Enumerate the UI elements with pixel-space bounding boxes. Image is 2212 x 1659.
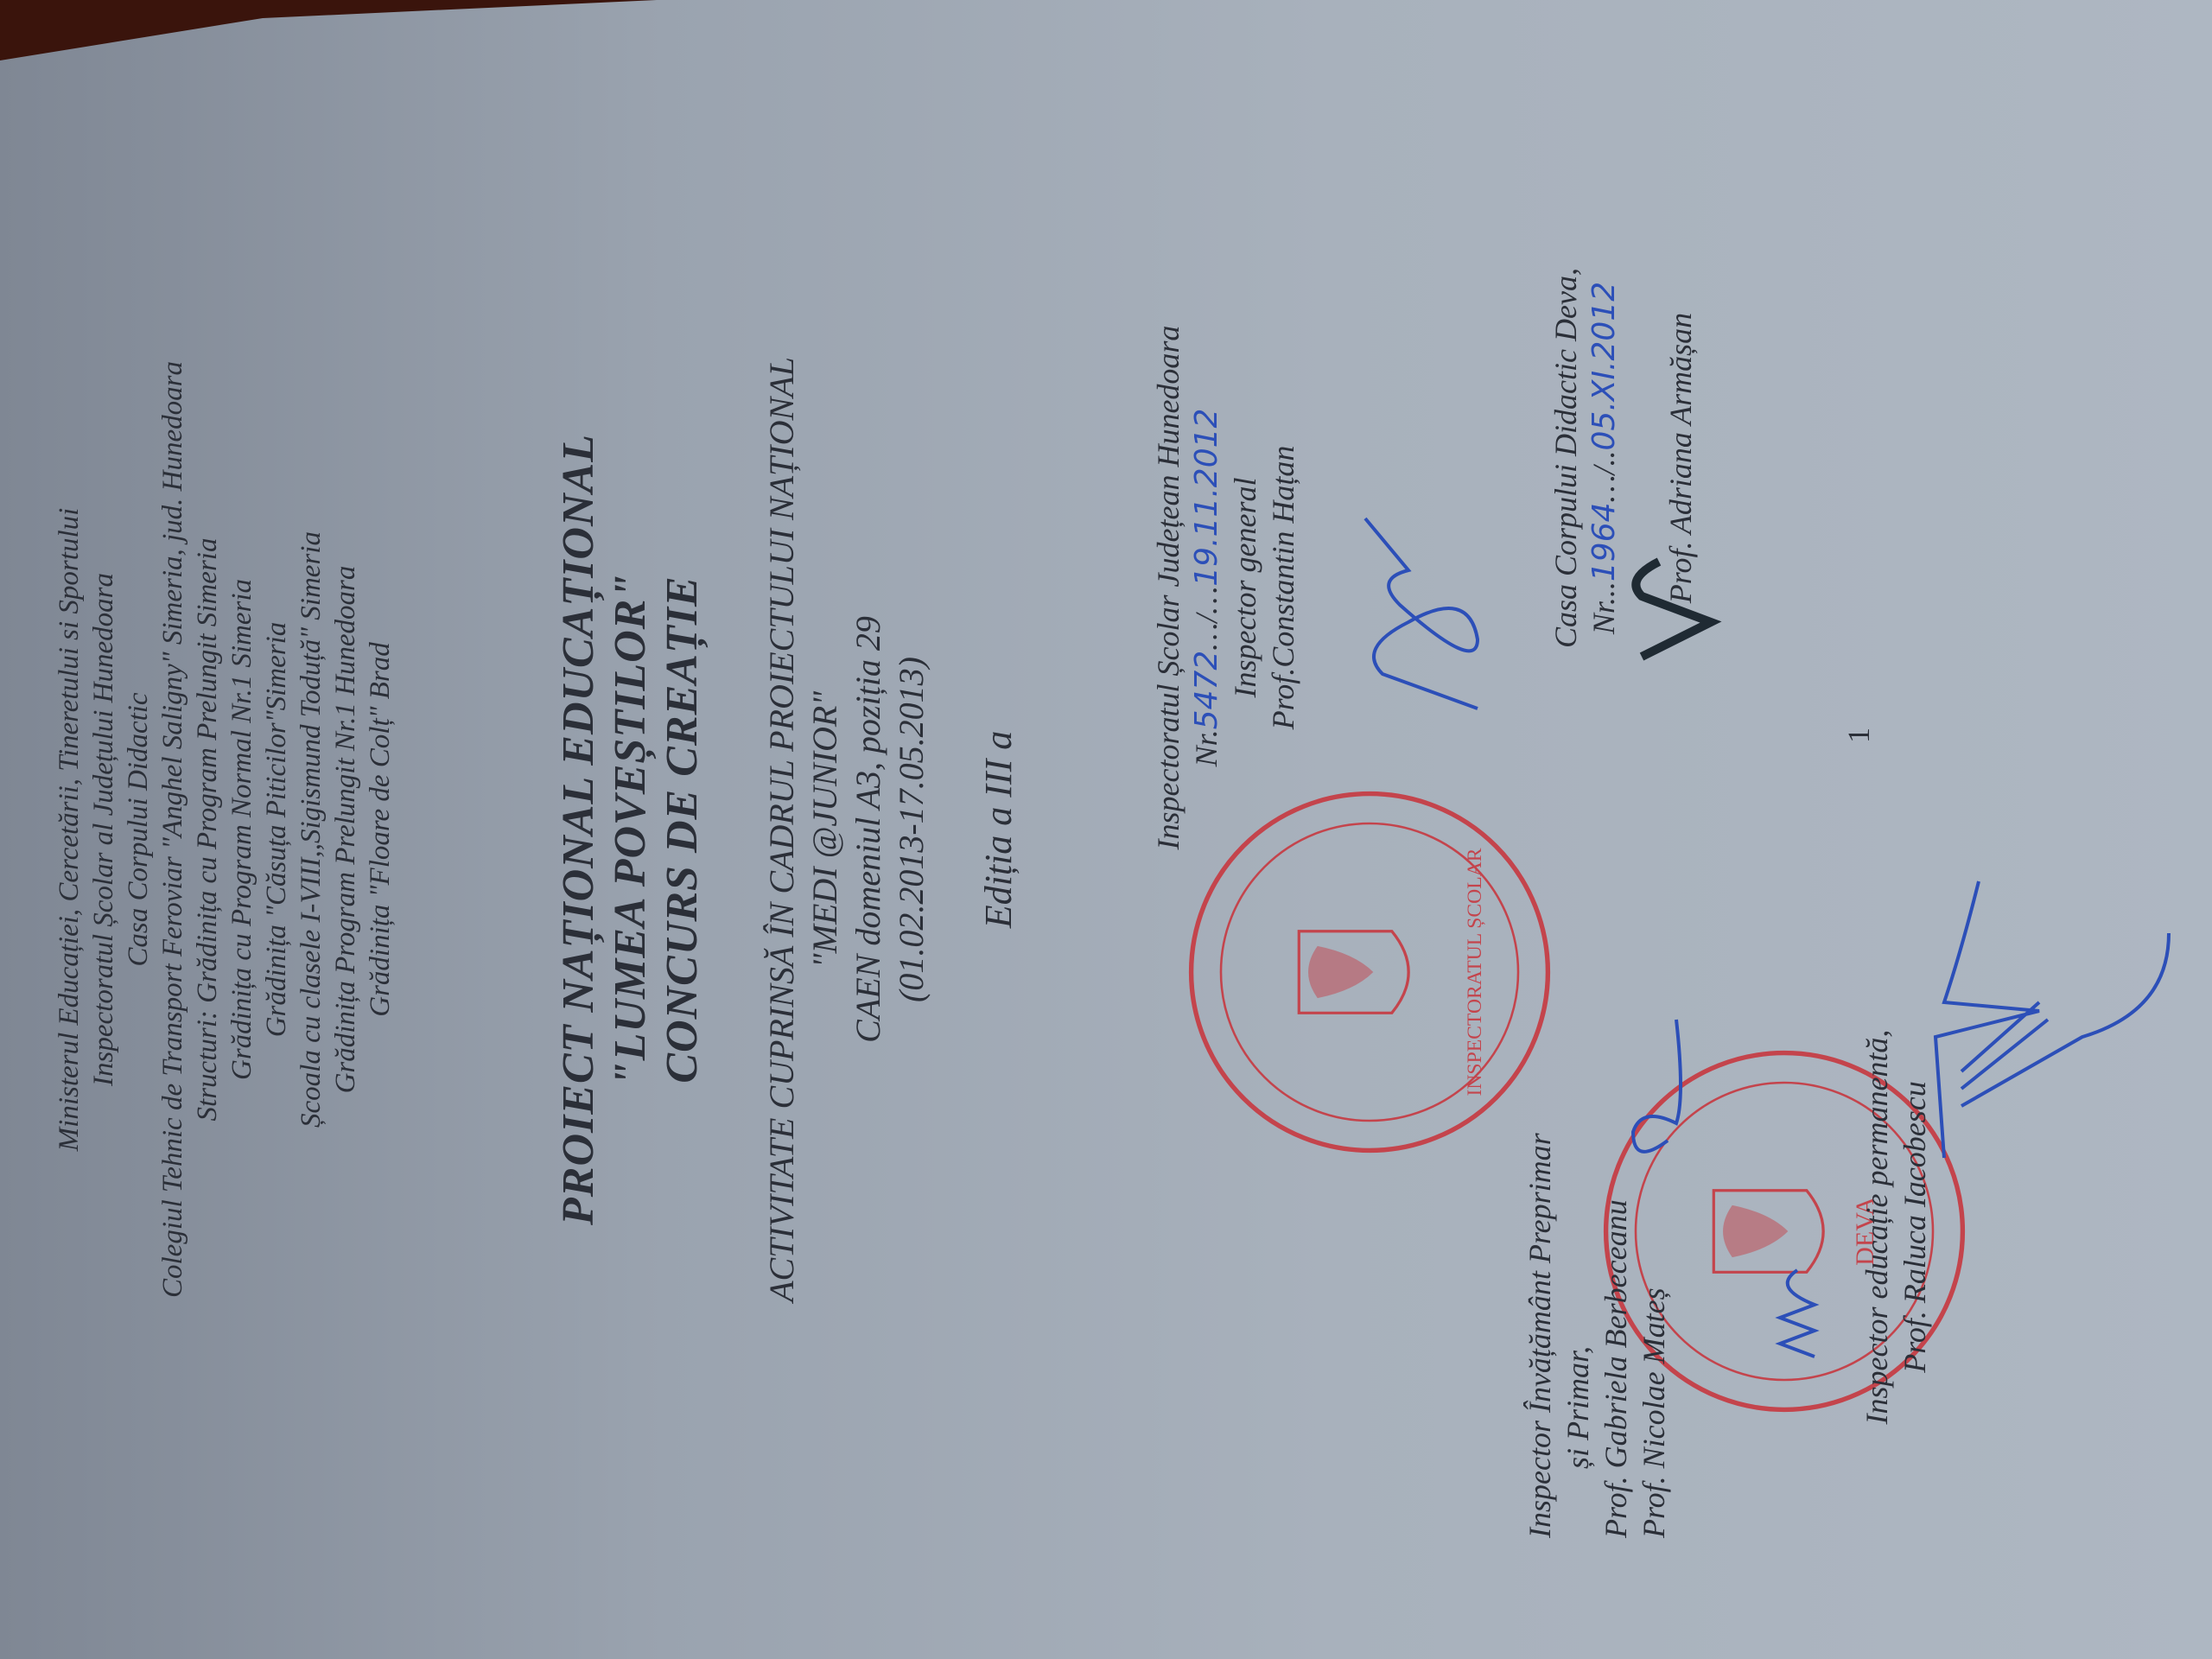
isj-institution: Inspectoratul Școlar Județean Hunedoara: [1149, 259, 1187, 916]
project-title: PROIECT NAȚIONAL EDUCAȚIONAL "LUMEA POVE…: [553, 0, 709, 1659]
edu-role: Inspector educație permanentă,: [1858, 795, 1896, 1659]
isj-registration: Nr.5472…/…19.11.2012: [1187, 259, 1226, 916]
header-line: Inspectoratul Școlar al Județului Hunedo…: [86, 0, 121, 1659]
berbeceanu-signature: [1616, 1002, 1719, 1175]
header-line: Ministerul Educației, Cercetării, Tinere…: [52, 0, 86, 1659]
ccd-registration-number: 1964: [1586, 502, 1622, 582]
document-page: Ministerul Educației, Cercetării, Tinere…: [0, 0, 2212, 1659]
preprimary-role-line-2: și Primar,: [1559, 1054, 1597, 1538]
title-line-1: PROIECT NAȚIONAL EDUCAȚIONAL: [553, 0, 605, 1659]
mates-signature: [1745, 1210, 1858, 1382]
iacobescu-signature: [1910, 864, 2203, 1210]
header-line: Școala cu clasele I-VIII,,Sigismund Todu…: [294, 0, 328, 1659]
preprimary-role-line-1: Inspector Învățământ Preprimar: [1521, 1054, 1559, 1538]
activity-line-3: CAEN domeniul A3, poziția 29: [847, 0, 890, 1659]
isj-signature: [1348, 501, 1503, 726]
activity-line-1: ACTIVITATE CUPRINSĂ ÎN CADRUL PROIECTULU…: [760, 0, 804, 1659]
header-line: Colegiul Tehnic de Transport Feroviar "A…: [156, 0, 190, 1659]
edition-label: Ediția a III a: [976, 0, 1020, 1659]
title-line-2: "LUMEA POVEȘTILOR": [605, 0, 657, 1659]
activity-line-4: (01.02.2013-17.05.2013): [890, 0, 933, 1659]
ccd-registration: Nr...1964…/..05.XI.2012: [1585, 130, 1624, 786]
isj-registration-number: 5472: [1189, 651, 1224, 730]
header-line: Grădinița "Floare de Colț" Brad: [363, 0, 397, 1659]
activity-description: ACTIVITATE CUPRINSĂ ÎN CADRUL PROIECTULU…: [760, 0, 933, 1659]
ccd-institution: Casa Corpului Didactic Deva,: [1547, 130, 1585, 786]
ccd-signature: [1624, 518, 1728, 691]
isj-signatory-block: Inspectoratul Școlar Județean Hunedoara …: [1149, 259, 1302, 916]
header-line: Grădinița Program Prelungit Nr.1 Hunedoa…: [328, 0, 363, 1659]
activity-line-2: "MEDI @JUNIOR": [804, 0, 847, 1659]
header-line: Grădinița cu Program Normal Nr.1 Simeria: [225, 0, 259, 1659]
title-line-3: CONCURS DE CREAȚIE: [657, 0, 709, 1659]
isj-registration-date: 19.11.2012: [1189, 409, 1224, 587]
header-line: Grădinița "Căsuța Piticilor"Simeria: [259, 0, 294, 1659]
institution-header: Ministerul Educației, Cercetării, Tinere…: [52, 0, 397, 1659]
ccd-registration-date: 05.XI.2012: [1586, 282, 1622, 451]
isj-name: Prof.Constantin Hațan: [1264, 259, 1302, 916]
isj-role: Inspector general: [1226, 259, 1264, 916]
svg-text:INSPECTORATUL ȘCOLAR: INSPECTORATUL ȘCOLAR: [1464, 848, 1486, 1096]
header-line: Casa Corpului Didactic: [121, 0, 156, 1659]
page-number: 1: [1840, 728, 1877, 743]
header-line: Structuri: Grădinița cu Program Prelungi…: [190, 0, 225, 1659]
